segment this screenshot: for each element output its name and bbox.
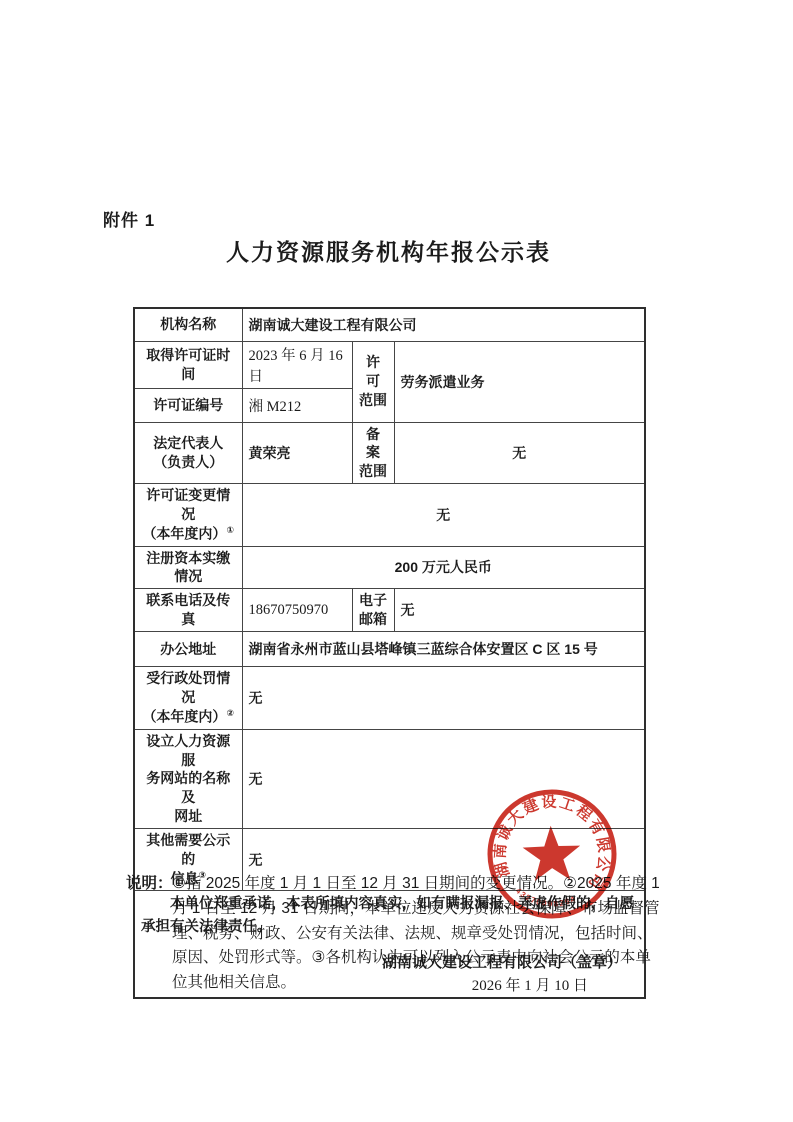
field-label-email: 电子 邮箱 bbox=[352, 589, 394, 632]
field-label-license-no: 许可证编号 bbox=[134, 388, 242, 422]
table-row: 许可证变更情况 （本年度内）① 无 bbox=[134, 484, 645, 546]
field-value-license-no: 湘 M212 bbox=[242, 388, 352, 422]
field-label-office-address: 办公地址 bbox=[134, 632, 242, 667]
footnotes-body: ①指 2025 年度 1 月 1 日至 12 月 31 日期间的变更情况。②20… bbox=[172, 875, 660, 991]
field-value-record-scope: 无 bbox=[394, 422, 645, 484]
field-value-office-address: 湖南省永州市蓝山县塔峰镇三蓝综合体安置区 C 区 15 号 bbox=[242, 632, 645, 667]
field-value-email: 无 bbox=[394, 589, 645, 632]
field-label-license-scope: 许 可 范围 bbox=[352, 341, 394, 422]
field-label-penalties: 受行政处罚情况 （本年度内）② bbox=[134, 667, 242, 729]
footnote-mark-1: ① bbox=[226, 525, 234, 535]
field-label-record-scope: 备 案 范围 bbox=[352, 422, 394, 484]
attachment-label: 附件 1 bbox=[103, 206, 155, 231]
field-value-license-changes: 无 bbox=[242, 484, 645, 546]
field-value-website: 无 bbox=[242, 729, 645, 828]
field-value-license-scope: 劳务派遣业务 bbox=[394, 341, 645, 422]
scanned-document-page: 附件 1 人力资源服务机构年报公示表 机构名称 湖南诚大建设工程有限公司 取得许… bbox=[0, 0, 793, 1122]
table-row: 机构名称 湖南诚大建设工程有限公司 bbox=[134, 308, 645, 341]
field-label-registered-capital: 注册资本实缴情况 bbox=[134, 546, 242, 589]
table-row: 设立人力资源服 务网站的名称及 网址 无 bbox=[134, 729, 645, 828]
table-row: 法定代表人 （负责人） 黄荣亮 备 案 范围 无 bbox=[134, 422, 645, 484]
field-value-license-date: 2023 年 6 月 16 日 bbox=[242, 341, 352, 388]
table-row: 取得许可证时间 2023 年 6 月 16 日 许 可 范围 劳务派遣业务 bbox=[134, 341, 645, 388]
table-row: 受行政处罚情况 （本年度内）② 无 bbox=[134, 667, 645, 729]
table-row: 注册资本实缴情况 200 万元人民币 bbox=[134, 546, 645, 589]
field-label-legal-rep: 法定代表人 （负责人） bbox=[134, 422, 242, 484]
table-row: 办公地址 湖南省永州市蓝山县塔峰镇三蓝综合体安置区 C 区 15 号 bbox=[134, 632, 645, 667]
footnotes-label: 说明： bbox=[126, 872, 173, 897]
footnote-mark-2: ② bbox=[226, 708, 234, 718]
field-value-registered-capital: 200 万元人民币 bbox=[242, 546, 645, 589]
page-title: 人力资源服务机构年报公示表 bbox=[133, 234, 644, 267]
field-label-license-date: 取得许可证时间 bbox=[134, 341, 242, 388]
field-label-website: 设立人力资源服 务网站的名称及 网址 bbox=[134, 729, 242, 828]
footnotes: 说明： ①指 2025 年度 1 月 1 日至 12 月 31 日期间的变更情况… bbox=[126, 872, 660, 996]
field-value-phone-fax: 18670750970 bbox=[242, 589, 352, 632]
table-row: 联系电话及传真 18670750970 电子 邮箱 无 bbox=[134, 589, 645, 632]
field-value-legal-rep: 黄荣亮 bbox=[242, 422, 352, 484]
field-label-phone-fax: 联系电话及传真 bbox=[134, 589, 242, 632]
field-label-license-changes: 许可证变更情况 （本年度内）① bbox=[134, 484, 242, 546]
field-value-penalties: 无 bbox=[242, 667, 645, 729]
field-label-org-name: 机构名称 bbox=[134, 308, 242, 341]
field-value-org-name: 湖南诚大建设工程有限公司 bbox=[242, 308, 645, 341]
